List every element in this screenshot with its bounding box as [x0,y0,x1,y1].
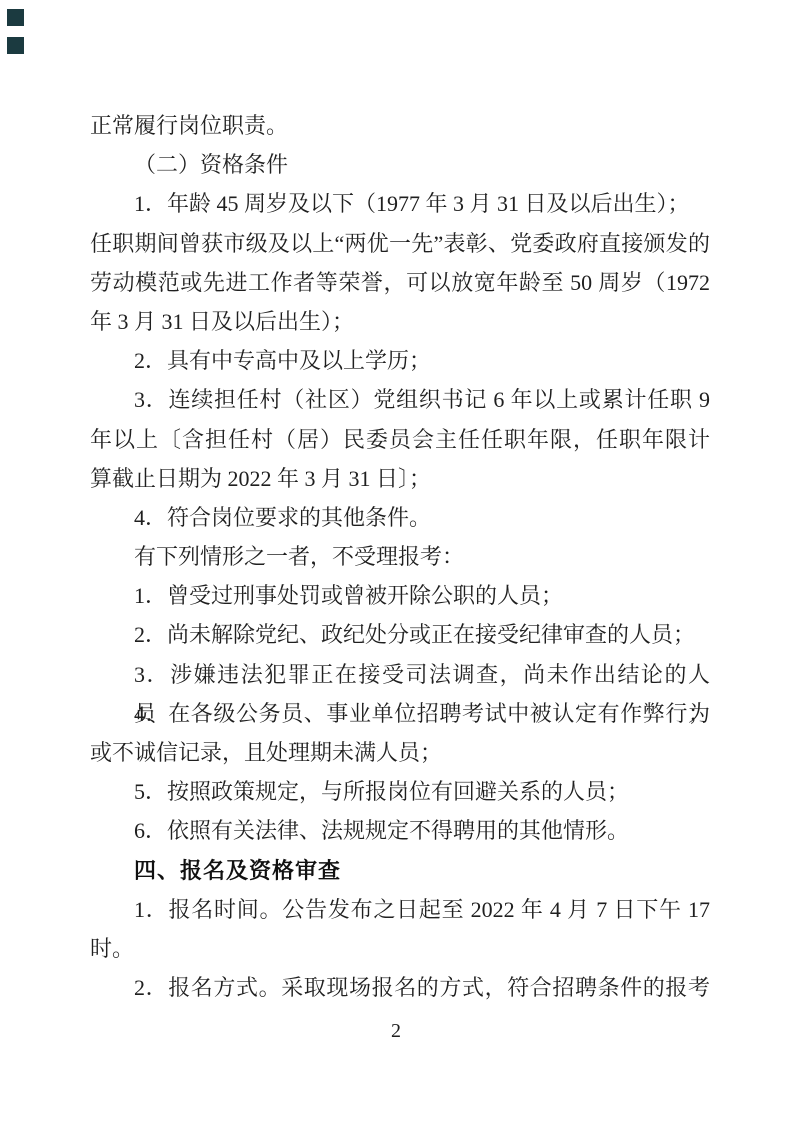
text-line: 劳动模范或先进工作者等荣誉，可以放宽年龄至 50 周岁（1972 [90,263,710,302]
text-line: 1．年龄 45 周岁及以下（1977 年 3 月 31 日及以后出生）； [90,184,710,223]
text-line: 2．具有中专高中及以上学历； [90,341,710,380]
document-body: 正常履行岗位职责。（二）资格条件1．年龄 45 周岁及以下（1977 年 3 月… [90,106,710,1007]
text-line: 2．报名方式。采取现场报名的方式，符合招聘条件的报考 [90,968,710,1007]
text-line: 算截止日期为 2022 年 3 月 31 日〕； [90,459,710,498]
text-line: （二）资格条件 [90,145,710,184]
text-line: 1．曾受过刑事处罚或曾被开除公职的人员； [90,576,710,615]
scan-corner-mark-top [7,9,24,26]
text-line: 4．符合岗位要求的其他条件。 [90,498,710,537]
scan-corner-mark-bottom [7,37,24,54]
text-line: 或不诚信记录，且处理期未满人员； [90,733,710,772]
text-line: 4．在各级公务员、事业单位招聘考试中被认定有作弊行为 [90,694,710,733]
page-number: 2 [0,1012,792,1051]
text-line: 2．尚未解除党纪、政纪处分或正在接受纪律审查的人员； [90,615,710,654]
section-heading: 四、报名及资格审查 [90,851,710,890]
text-line: 正常履行岗位职责。 [90,106,710,145]
text-line: 年以上〔含担任村（居）民委员会主任任职年限，任职年限计 [90,420,710,459]
document-page: 正常履行岗位职责。（二）资格条件1．年龄 45 周岁及以下（1977 年 3 月… [0,0,792,1121]
text-line: 有下列情形之一者，不受理报考： [90,537,710,576]
text-line: 5．按照政策规定，与所报岗位有回避关系的人员； [90,772,710,811]
text-line: 任职期间曾获市级及以上“两优一先”表彰、党委政府直接颁发的 [90,224,710,263]
text-line: 时。 [90,929,710,968]
text-line: 3．连续担任村（社区）党组织书记 6 年以上或累计任职 9 [90,380,710,419]
text-line: 年 3 月 31 日及以后出生）； [90,302,710,341]
text-line: 1．报名时间。公告发布之日起至 2022 年 4 月 7 日下午 17 [90,890,710,929]
text-line: 6．依照有关法律、法规规定不得聘用的其他情形。 [90,811,710,850]
text-line: 3．涉嫌违法犯罪正在接受司法调查，尚未作出结论的人员； [90,655,710,694]
